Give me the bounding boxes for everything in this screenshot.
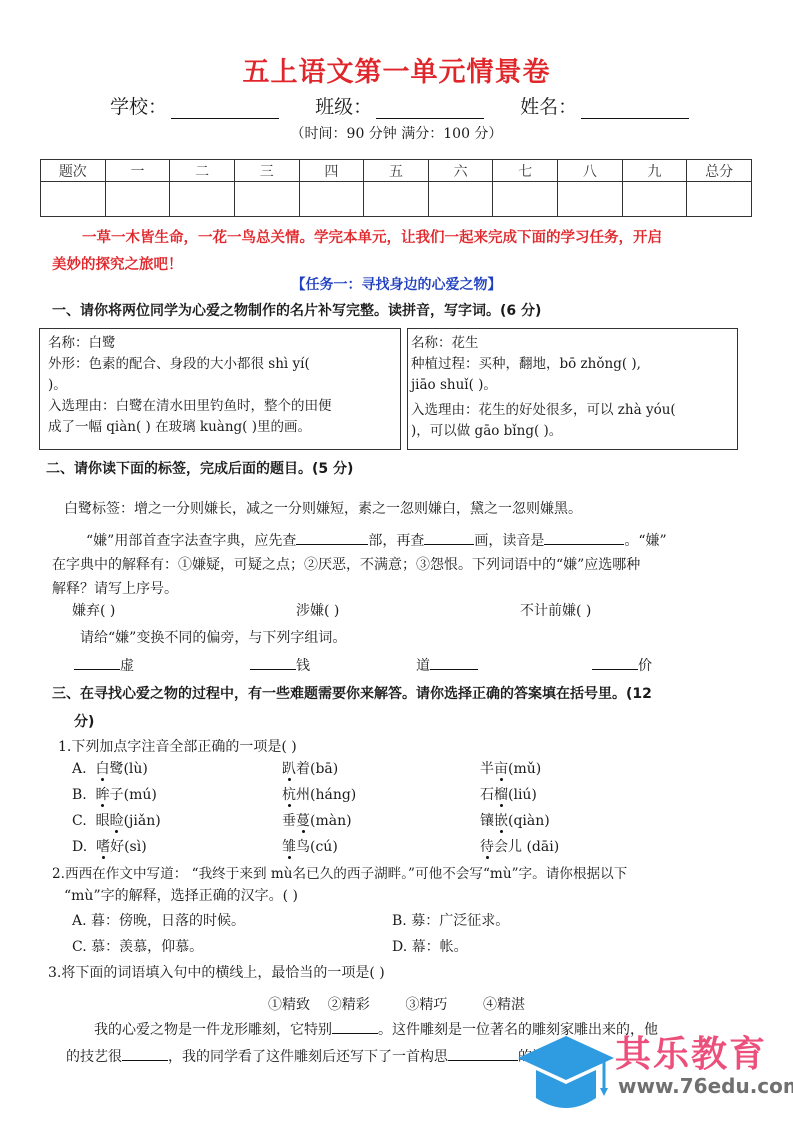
stroke-blank[interactable] <box>424 530 474 545</box>
definition-line-end: 解释？请写上序号。 <box>52 578 178 598</box>
score-cell[interactable] <box>299 182 364 217</box>
emphasized-char: 杭 <box>282 787 296 803</box>
q2-option-a[interactable]: A. 暮：傍晚，日落的时候。 <box>72 910 245 930</box>
score-cell[interactable] <box>558 182 623 217</box>
q3-paragraph-line2: 的技艺很，我的同学看了这件雕刻后还写下了一首构思的诗。 <box>66 1046 560 1066</box>
word-char: 虚 <box>120 658 134 674</box>
score-header: 八 <box>558 160 623 182</box>
student-info-row: 学校： 班级： 姓名： <box>110 92 689 119</box>
q1-option-c[interactable]: C. 眼睑(jiǎn) <box>72 810 161 830</box>
emphasized-char: 雏 <box>282 839 296 855</box>
word-blank[interactable] <box>592 655 638 670</box>
emphasized-char: 榴 <box>494 787 508 803</box>
class-label: 班级： <box>315 92 372 119</box>
emphasized-char: 亩 <box>494 761 508 777</box>
radical-word-3: 道 <box>416 655 478 675</box>
name-label: 姓名： <box>520 92 577 119</box>
word-char: 钱 <box>296 658 310 674</box>
name-field[interactable] <box>581 98 689 119</box>
emphasized-char: 嵌 <box>494 813 508 829</box>
q2-stem-cont: “mù”字的解释，选择正确的汉字。( ) <box>64 885 298 905</box>
watermark-brand: 其乐教育 <box>615 1026 767 1077</box>
school-field[interactable] <box>171 98 279 119</box>
q1-option-c-item3: 镶嵌(qiàn) <box>480 810 550 830</box>
q1-option-b[interactable]: B. 眸子(mú) <box>72 784 157 804</box>
score-table: 题次 一 二 三 四 五 六 七 八 九 总分 <box>40 159 752 217</box>
card-line: 名称：白鹭 <box>48 333 400 354</box>
name-card-egret: 名称：白鹭 外形：色素的配合、身段的大小都很 shì yí( )。 入选理由：白… <box>39 328 401 450</box>
q2-stem: 2.西西在作文中写道： “我终于来到 mù名已久的西子湖畔。”可他不会写“mù”… <box>52 862 627 882</box>
radical-word-1: 虚 <box>74 655 134 675</box>
emphasized-char: 白 <box>95 761 109 777</box>
q2-option-d[interactable]: D. 幕：帐。 <box>392 936 468 956</box>
card-line: jiāo shuǐ( )。 <box>411 375 737 396</box>
score-cell[interactable] <box>105 182 170 217</box>
fill-blank-2[interactable] <box>122 1046 168 1061</box>
para-text: 的技艺很 <box>66 1049 122 1065</box>
q3-stem: 3.将下面的词语填入句中的横线上，最恰当的一项是( ) <box>48 962 385 982</box>
school-label: 学校： <box>110 92 167 119</box>
score-cell[interactable] <box>41 182 106 217</box>
question-text: “嫌”用部首查字法查字典，应先查 <box>86 533 296 549</box>
score-header: 一 <box>105 160 170 182</box>
score-header: 二 <box>170 160 235 182</box>
card-line: 入选理由：花生的好处很多，可以 zhà yóu( <box>411 400 737 421</box>
radical-blank[interactable] <box>296 530 368 545</box>
emphasized-char: 待 <box>480 839 494 855</box>
time-info: （时间：90 分钟 满分：100 分） <box>0 123 793 143</box>
section-2-title: 二、请你读下面的标签，完成后面的题目。(5 分) <box>46 458 353 478</box>
q2-option-b[interactable]: B. 募：广泛征求。 <box>392 910 509 930</box>
score-header: 四 <box>299 160 364 182</box>
card-line: 名称：花生 <box>411 333 737 354</box>
section-3-title-cont: 分) <box>74 711 94 731</box>
emphasized-char: 蔓 <box>296 813 310 829</box>
watermark-url: www.76edu.com <box>618 1074 793 1098</box>
emphasized-char: 嗜 <box>96 839 110 855</box>
option-letter: B. <box>72 787 87 803</box>
q1-option-b-item3: 石榴(liú) <box>480 784 537 804</box>
egret-label-text: 白鹭标签：增之一分则嫌长，减之一分则嫌短，素之一忽则嫌白，黛之一忽则嫌黑。 <box>64 498 582 518</box>
score-cell[interactable] <box>234 182 299 217</box>
question-text: 。“嫌” <box>624 533 666 549</box>
class-field[interactable] <box>376 98 484 119</box>
graduation-cap-icon <box>516 1036 616 1118</box>
card-line: 种植过程：买种，翻地，bō zhǒng( ), <box>411 354 737 375</box>
fill-blank-3[interactable] <box>448 1046 518 1061</box>
q1-option-b-item2: 杭州(háng) <box>282 784 356 804</box>
score-header: 九 <box>622 160 687 182</box>
question-text: 部，再查 <box>368 533 424 549</box>
score-header: 五 <box>364 160 429 182</box>
radical-prompt: 请给“嫌”变换不同的偏旁，与下列字组词。 <box>80 627 346 647</box>
emphasized-char: 眸 <box>96 787 110 803</box>
pronunciation-blank[interactable] <box>544 530 624 545</box>
page-title: 五上语文第一单元情景卷 <box>0 50 793 89</box>
para-text: ，我的同学看了这件雕刻后还写下了一首构思 <box>168 1049 448 1065</box>
q1-option-c-item2: 垂蔓(màn) <box>282 810 352 830</box>
word-blank[interactable] <box>250 655 296 670</box>
radical-question: “嫌”用部首查字法查字典，应先查部，再查画，读音是。“嫌” <box>86 530 667 550</box>
q2-option-c[interactable]: C. 慕：羡慕，仰慕。 <box>72 936 203 956</box>
definition-line: 在字典中的解释有：①嫌疑，可疑之点；②厌恶，不满意；③怨恨。下列词语中的“嫌”应… <box>52 554 640 574</box>
fill-blank-1[interactable] <box>332 1019 378 1034</box>
score-cell[interactable] <box>622 182 687 217</box>
score-header: 题次 <box>41 160 106 182</box>
q1-option-a-item2: 趴着(bā) <box>282 758 338 778</box>
intro-line-1: 一草一木皆生命，一花一鸟总关情。学完本单元，让我们一起来完成下面的学习任务，开启 <box>82 226 662 247</box>
card-line: )。 <box>48 375 400 396</box>
word-char: 道 <box>416 658 430 674</box>
word-blank[interactable] <box>430 655 478 670</box>
section-3-title: 三、在寻找心爱之物的过程中，有一些难题需要你来解答。请你选择正确的答案填在括号里… <box>52 683 652 703</box>
word-blank[interactable] <box>74 655 120 670</box>
score-cell[interactable] <box>170 182 235 217</box>
card-line: )，可以做 gāo bǐng( )。 <box>411 421 737 442</box>
question-text: 画，读音是 <box>474 533 544 549</box>
option-letter: A. <box>72 761 87 777</box>
q1-option-d[interactable]: D. 嗜好(sì) <box>72 836 147 856</box>
q3-word-choices: ①精致 ②精彩 ③精巧 ④精湛 <box>0 994 793 1014</box>
intro-line-2: 美妙的探究之旅吧！ <box>52 253 183 274</box>
radical-word-2: 钱 <box>250 655 310 675</box>
word-bujiqianxian: 不计前嫌( ) <box>520 600 591 620</box>
section-1-title: 一、请你将两位同学为心爱之物制作的名片补写完整。读拼音，写字词。(6 分) <box>52 300 541 320</box>
task-one-title: 【任务一：寻找身边的心爱之物】 <box>0 274 793 294</box>
emphasized-char: 睑 <box>110 813 124 829</box>
score-cell[interactable] <box>364 182 429 217</box>
q1-option-a-item3: 半亩(mǔ) <box>480 758 541 778</box>
para-text: 我的心爱之物是一件龙形雕刻，它特别 <box>94 1022 332 1038</box>
score-cell[interactable] <box>687 182 752 217</box>
name-card-peanut: 名称：花生 种植过程：买种，翻地，bō zhǒng( ), jiāo shuǐ(… <box>407 328 738 450</box>
q1-stem: 1.下列加点字注音全部正确的一项是( ) <box>58 736 297 756</box>
card-line: 外形：色素的配合、身段的大小都很 shì yí( <box>48 354 400 375</box>
score-header: 总分 <box>687 160 752 182</box>
score-header: 六 <box>428 160 493 182</box>
q1-option-d-item3: 待会儿 (dāi) <box>480 836 559 856</box>
emphasized-char: 趴 <box>282 761 296 777</box>
score-cell[interactable] <box>493 182 558 217</box>
score-header: 三 <box>234 160 299 182</box>
score-cell[interactable] <box>428 182 493 217</box>
card-line: 入选理由：白鹭在清水田里钓鱼时，整个的田便 <box>48 396 400 417</box>
word-xianqi: 嫌弃( ) <box>72 600 115 620</box>
card-line: 成了一幅 qiàn( ) 在玻璃 kuàng( )里的画。 <box>48 417 400 438</box>
score-header: 七 <box>493 160 558 182</box>
word-shexian: 涉嫌( ) <box>296 600 339 620</box>
option-letter: C. <box>72 813 87 829</box>
radical-word-4: 价 <box>592 655 652 675</box>
q1-option-a[interactable]: A. 白鹭(lù) <box>72 758 148 778</box>
word-char: 价 <box>638 658 652 674</box>
q1-option-d-item2: 雏鸟(cú) <box>282 836 338 856</box>
option-letter: D. <box>72 839 87 855</box>
